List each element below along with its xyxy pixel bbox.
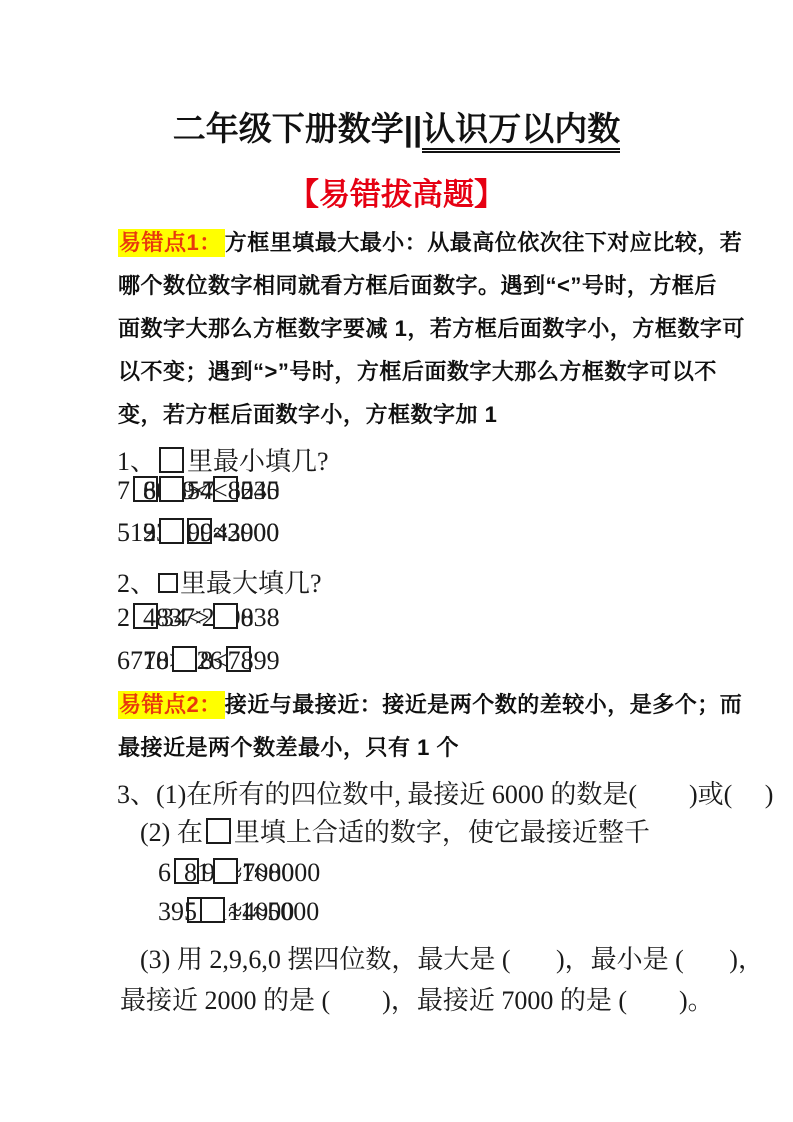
point1-line-1: 易错点1：方框里填最大最小：从最高位依次往下对应比较，若 [118, 226, 742, 257]
equation: 788<7899 [143, 646, 280, 676]
question2-row-1: 234<2490 4837>838 [117, 603, 677, 639]
title-left: 二年级下册数学|| [173, 110, 422, 147]
page-title: 二年级下册数学||认识万以内数 [0, 103, 793, 150]
title-underlined: 认识万以内数 [422, 110, 620, 153]
equation: 4837>838 [143, 603, 280, 633]
question2-heading: 2、里最大填几? [117, 563, 322, 599]
blank-box [213, 858, 238, 884]
question1-row-1: 728>7560 6089<230 854<8545 [117, 476, 677, 512]
point2-text-1: 接近与最接近：接近是两个数的差较小，是多个；而 [225, 692, 743, 717]
point1-text-1: 方框里填最大最小：从最高位依次往下对应比较，若 [225, 230, 743, 255]
point2-line-2: 最接近是两个数差最小，只有 1 个 [118, 731, 459, 762]
question1-row-2: 5193>439 300≈3000 299≈2000 [117, 518, 677, 554]
blank-box [206, 818, 231, 844]
blank-box [158, 573, 178, 593]
question1-heading: 1、里最小填几? [117, 441, 329, 477]
blank-box [172, 646, 197, 672]
blank-box [159, 476, 184, 502]
point2-label: 易错点2： [118, 691, 225, 719]
blank-box [200, 897, 225, 923]
point1-line-3: 面数字大那么方框数字要减 1，若方框后面数字小，方框数字可 [118, 312, 745, 343]
point1-line-2: 哪个数位数字相同就看方框后面数字。遇到“<”号时，方框后 [118, 269, 717, 300]
question3-approx-row-2: 391≈4000 511≈5000 [158, 897, 658, 933]
equation: 854<8545 [143, 476, 280, 506]
point1-line-5: 变，若方框后面数字小，方框数字加 1 [118, 398, 497, 429]
question3-part1: 3、(1)在所有的四位数中, 最接近 6000 的数是( )或( ) [117, 774, 773, 810]
equation: 511≈5000 [184, 897, 319, 927]
question3-part3-cont: 最接近 2000 的是 ( )，最接近 7000 的是 ( )。 [120, 980, 714, 1016]
question2-row-2: 6710>626 788<7899 [117, 646, 677, 682]
blank-box [213, 603, 238, 629]
question3-part2: (2) 在里填上合适的数字，使它最接近整千 [140, 812, 650, 848]
equation: 811≈8000 [184, 858, 320, 888]
question3-approx-row-1: 695≈7000 811≈8000 [158, 858, 658, 894]
page-subtitle: 【易错拔高题】 [0, 169, 793, 214]
point2-line-1: 易错点2：接近与最接近：接近是两个数的差较小，是多个；而 [118, 688, 742, 719]
equation: 299≈2000 [143, 518, 279, 548]
blank-box [159, 447, 184, 473]
blank-box [159, 518, 184, 544]
question3-part3: (3) 用 2,9,6,0 摆四位数，最大是 ( )，最小是 ( )， [140, 939, 764, 975]
point1-line-4: 以不变；遇到“>”号时，方框后面数字大那么方框数字可以不 [118, 355, 717, 386]
worksheet-page: 二年级下册数学||认识万以内数 【易错拔高题】 易错点1：方框里填最大最小：从最… [0, 0, 793, 1122]
point1-label: 易错点1： [118, 229, 225, 257]
